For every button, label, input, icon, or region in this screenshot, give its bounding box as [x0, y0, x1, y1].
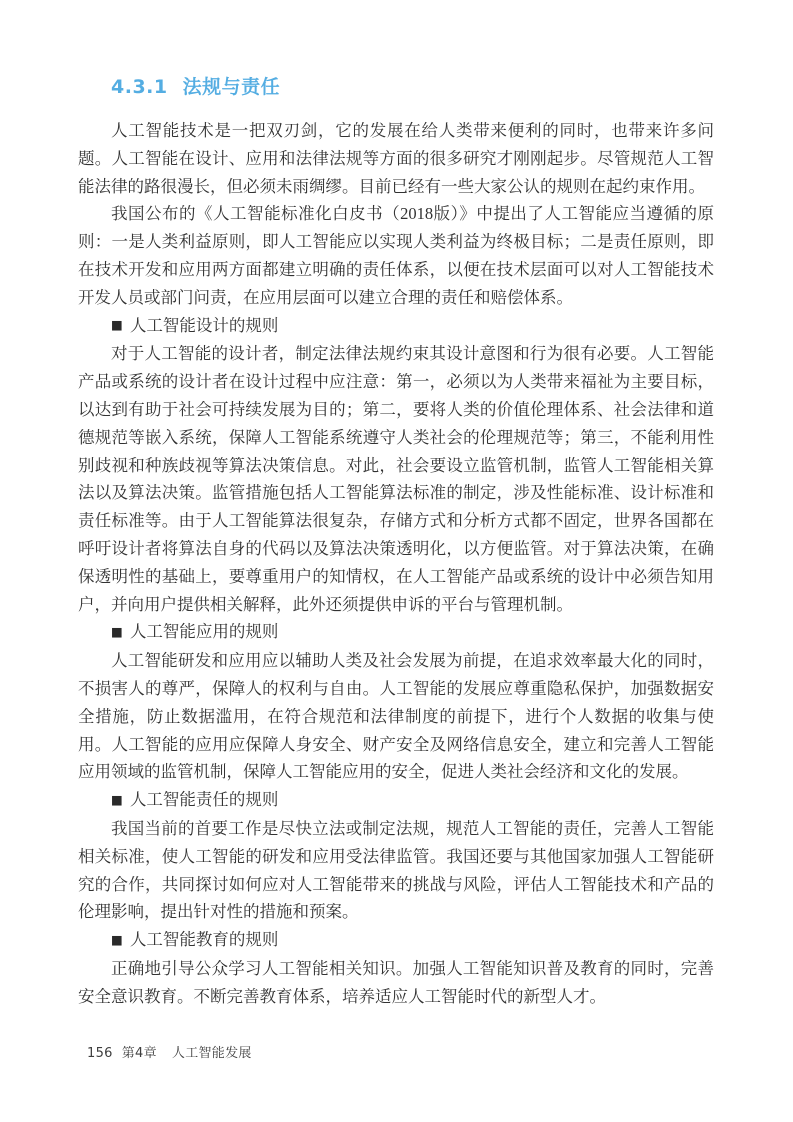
rule-subheading-design: ■人工智能设计的规则: [78, 312, 714, 341]
rule-subheading-education: ■人工智能教育的规则: [78, 926, 714, 955]
rule-subheading-label: 人工智能设计的规则: [130, 316, 279, 335]
square-bullet-icon: ■: [111, 317, 123, 332]
rule-subheading-label: 人工智能责任的规则: [130, 790, 279, 809]
chapter-title: 人工智能发展: [172, 1046, 252, 1061]
page-footer: 156第4章人工智能发展: [87, 1045, 252, 1062]
page-number: 156: [87, 1046, 113, 1061]
rule-subheading-label: 人工智能应用的规则: [130, 622, 279, 641]
section-number: 4.3.1: [111, 76, 168, 98]
paragraph-education-rules: 正确地引导公众学习人工智能相关知识。加强人工智能知识普及教育的同时，完善安全意识…: [78, 955, 714, 1011]
rule-subheading-responsibility: ■人工智能责任的规则: [78, 786, 714, 815]
paragraph-intro: 人工智能技术是一把双刃剑，它的发展在给人类带来便利的同时，也带来许多问题。人工智…: [78, 117, 714, 200]
rule-subheading-application: ■人工智能应用的规则: [78, 618, 714, 647]
paragraph-application-rules: 人工智能研发和应用应以辅助人类及社会发展为前提，在追求效率最大化的同时，不损害人…: [78, 647, 714, 786]
section-heading: 4.3.1法规与责任: [78, 74, 714, 100]
section-title: 法规与责任: [183, 76, 281, 98]
chapter-label: 第4章: [122, 1046, 157, 1061]
square-bullet-icon: ■: [111, 792, 123, 807]
paragraph-responsibility-rules: 我国当前的首要工作是尽快立法或制定法规，规范人工智能的责任，完善人工智能相关标准…: [78, 815, 714, 926]
square-bullet-icon: ■: [111, 932, 123, 947]
paragraph-design-rules: 对于人工智能的设计者，制定法律法规约束其设计意图和行为很有必要。人工智能产品或系…: [78, 340, 714, 618]
square-bullet-icon: ■: [111, 624, 123, 639]
book-page: 4.3.1法规与责任 人工智能技术是一把双刃剑，它的发展在给人类带来便利的同时，…: [0, 0, 793, 1122]
page-content: 4.3.1法规与责任 人工智能技术是一把双刃剑，它的发展在给人类带来便利的同时，…: [78, 74, 714, 1011]
rule-subheading-label: 人工智能教育的规则: [130, 930, 279, 949]
paragraph-whitepaper-principles: 我国公布的《人工智能标准化白皮书（2018版）》中提出了人工智能应当遵循的原则：…: [78, 200, 714, 311]
